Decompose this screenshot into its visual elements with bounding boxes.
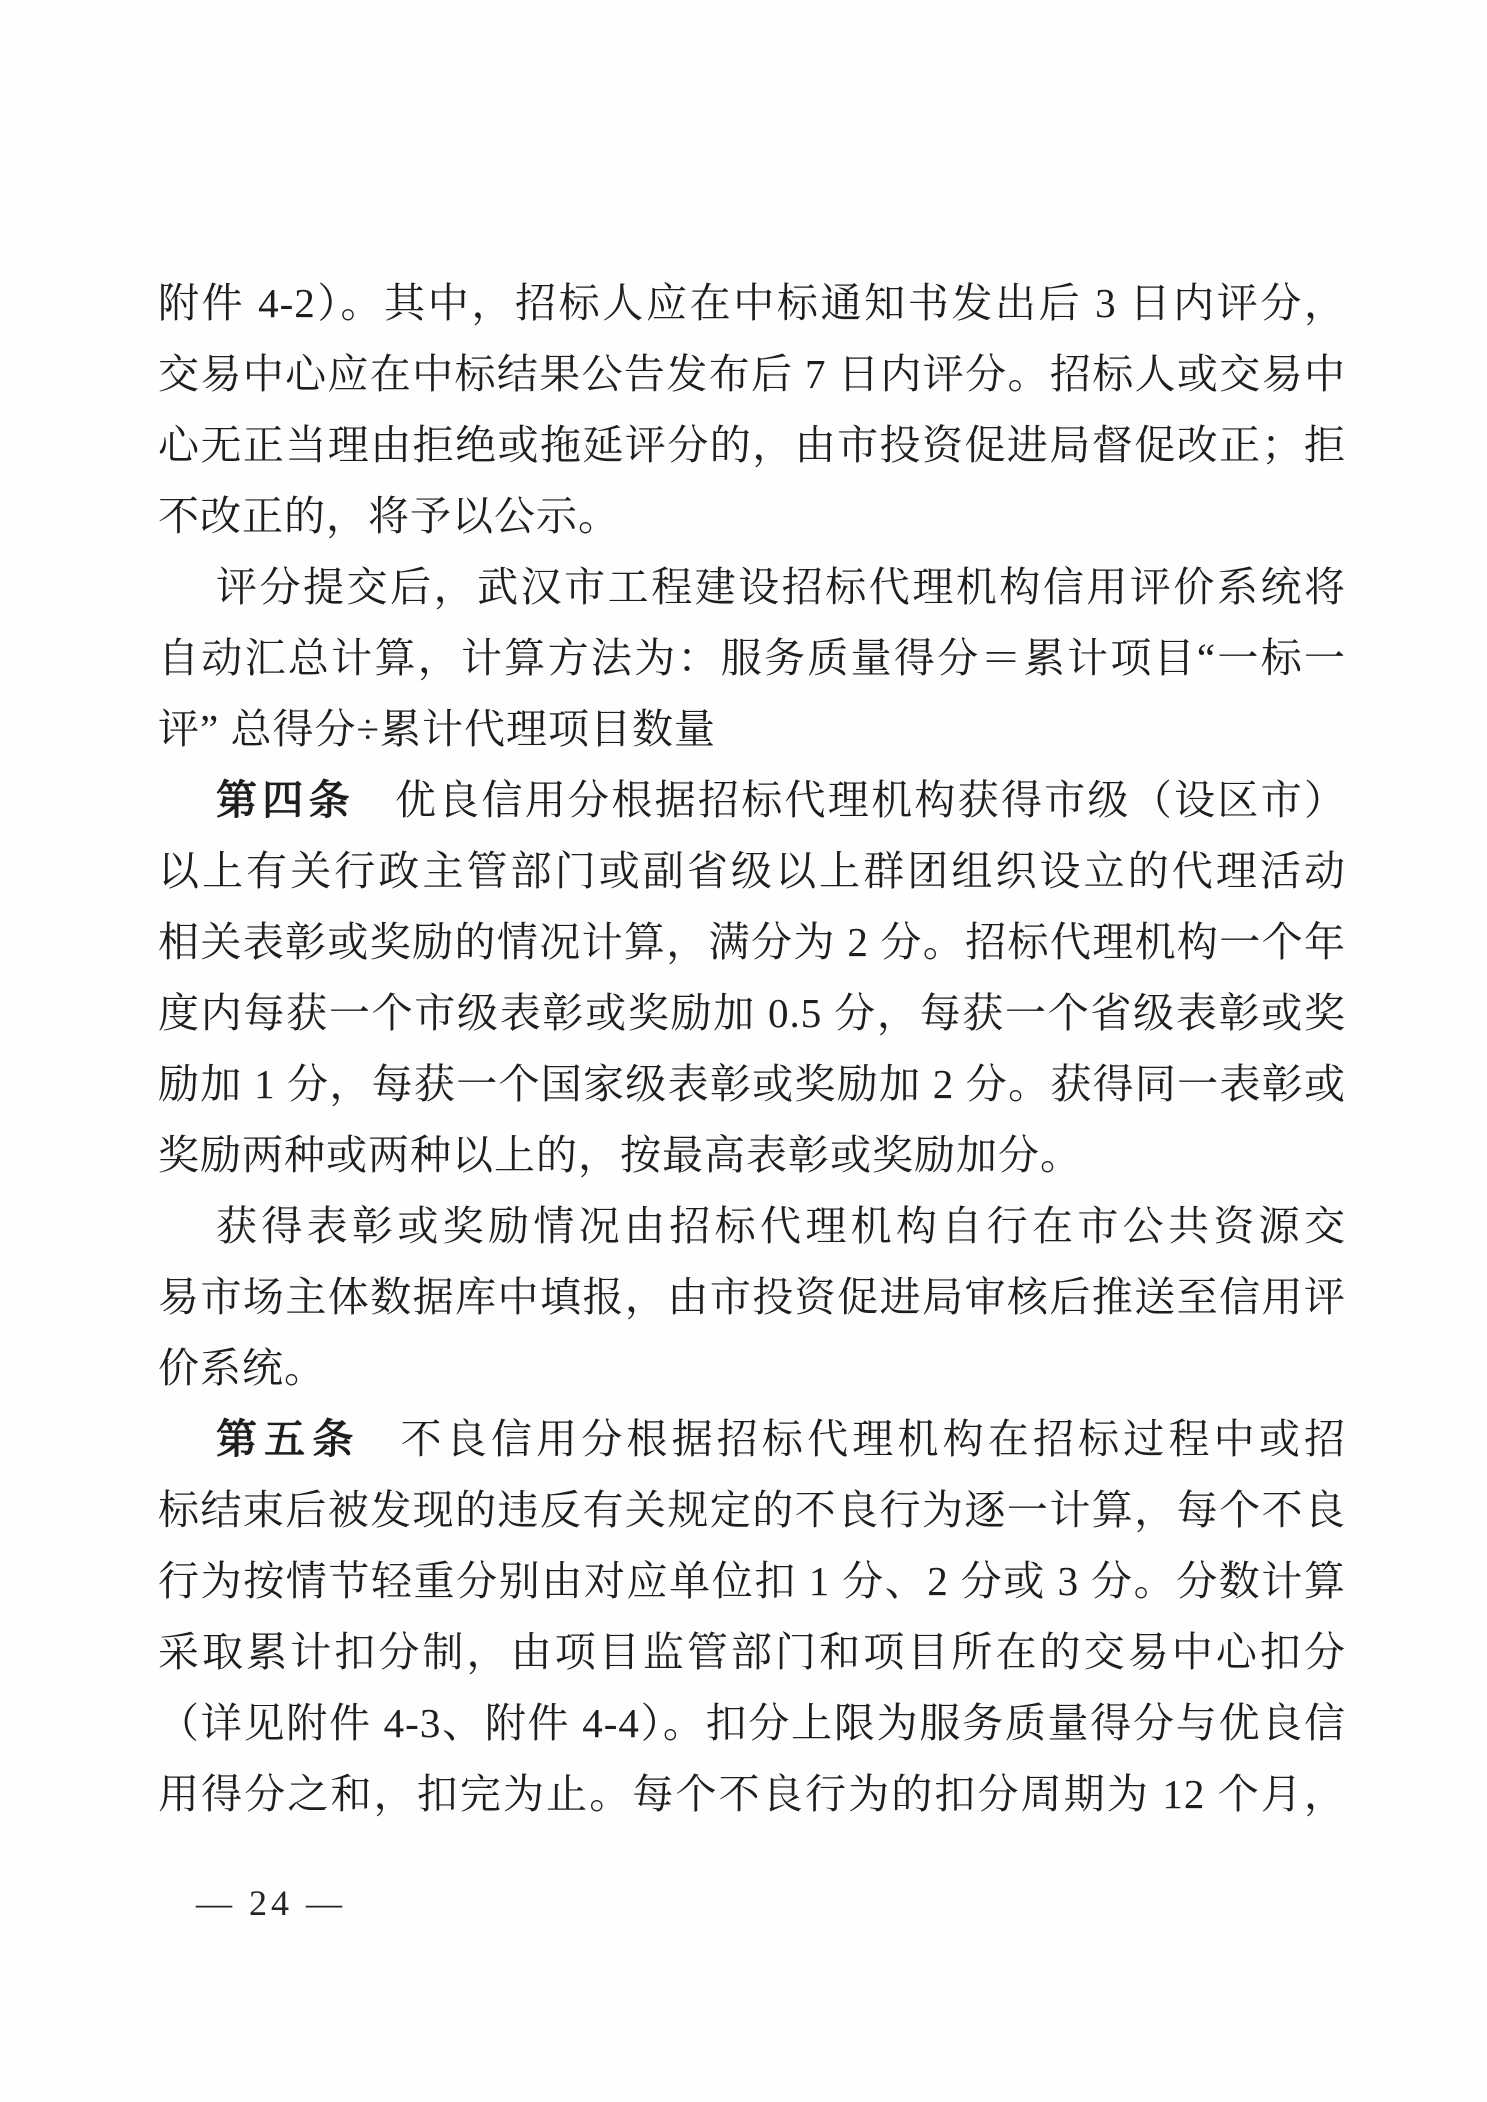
text-line: 相关表彰或奖励的情况计算，满分为 2 分。招标代理机构一个年: [158, 907, 1346, 978]
article-4-label: 第四条: [216, 777, 355, 823]
document-body: 附件 4-2）。其中，招标人应在中标通知书发出后 3 日内评分， 交易中心应在中…: [158, 268, 1346, 1830]
text-line: 奖励两种或两种以上的，按最高表彰或奖励加分。: [158, 1120, 1346, 1191]
text-line: 获得表彰或奖励情况由招标代理机构自行在市公共资源交: [158, 1191, 1346, 1262]
text-line-article-4: 第四条优良信用分根据招标代理机构获得市级（设区市）: [158, 765, 1346, 836]
text-line: 附件 4-2）。其中，招标人应在中标通知书发出后 3 日内评分，: [158, 268, 1346, 339]
text-line: 度内每获一个市级表彰或奖励加 0.5 分，每获一个省级表彰或奖: [158, 978, 1346, 1049]
text-line: 价系统。: [158, 1333, 1346, 1404]
article-5-label: 第五条: [216, 1416, 361, 1462]
page-number: — 24 —: [196, 1882, 346, 1924]
text-line: 标结束后被发现的违反有关规定的不良行为逐一计算，每个不良: [158, 1475, 1346, 1546]
text-line: （详见附件 4-3、附件 4-4）。扣分上限为服务质量得分与优良信: [158, 1688, 1346, 1759]
text-line: 励加 1 分，每获一个国家级表彰或奖励加 2 分。获得同一表彰或: [158, 1049, 1346, 1120]
text-line: 以上有关行政主管部门或副省级以上群团组织设立的代理活动: [158, 836, 1346, 907]
document-page: 附件 4-2）。其中，招标人应在中标通知书发出后 3 日内评分， 交易中心应在中…: [0, 0, 1487, 2102]
text-line-article-5: 第五条不良信用分根据招标代理机构在招标过程中或招: [158, 1404, 1346, 1475]
text-line: 采取累计扣分制，由项目监管部门和项目所在的交易中心扣分: [158, 1617, 1346, 1688]
text-line: 不改正的，将予以公示。: [158, 481, 1346, 552]
text-line: 心无正当理由拒绝或拖延评分的，由市投资促进局督促改正；拒: [158, 410, 1346, 481]
text-line: 用得分之和，扣完为止。每个不良行为的扣分周期为 12 个月，: [158, 1759, 1346, 1830]
text-line: 行为按情节轻重分别由对应单位扣 1 分、2 分或 3 分。分数计算: [158, 1546, 1346, 1617]
text-line: 自动汇总计算，计算方法为：服务质量得分＝累计项目“一标一: [158, 623, 1346, 694]
text-line: 交易中心应在中标结果公告发布后 7 日内评分。招标人或交易中: [158, 339, 1346, 410]
text-line: 评分提交后，武汉市工程建设招标代理机构信用评价系统将: [158, 552, 1346, 623]
text-line: 易市场主体数据库中填报，由市投资促进局审核后推送至信用评: [158, 1262, 1346, 1333]
text-line: 评” 总得分÷累计代理项目数量: [158, 694, 1346, 765]
